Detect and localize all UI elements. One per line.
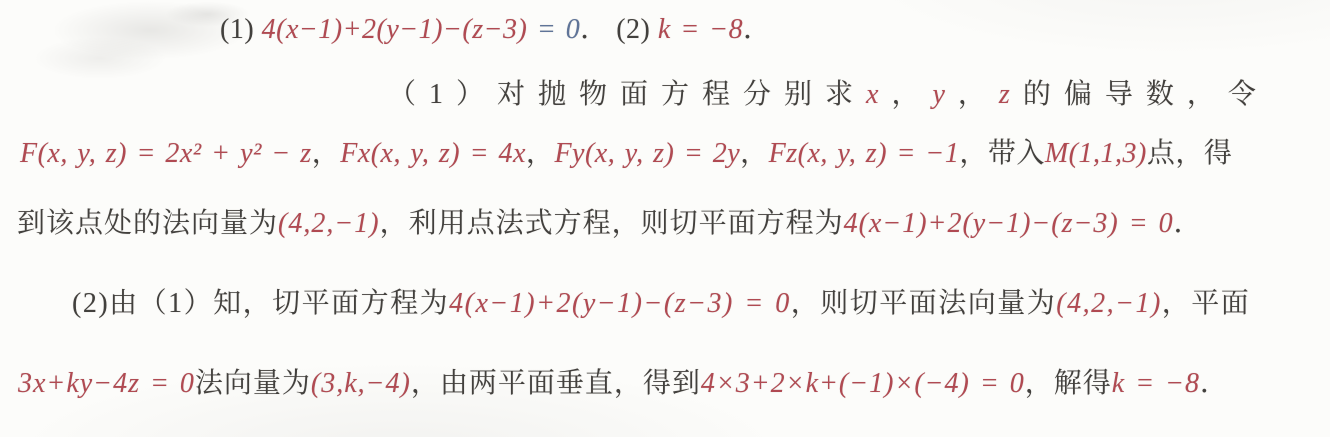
variable-x: x: [866, 79, 891, 110]
tangent-plane-equation: 4(x−1)+2(y−1)−(z−3) = 0: [844, 208, 1174, 239]
second-plane-equation: 3x+ky−4z = 0: [18, 368, 195, 399]
comma-2: ，: [958, 79, 999, 110]
plane-text: ，平面: [1162, 288, 1251, 319]
comma-3: ，: [312, 138, 341, 169]
period-1: ．: [1174, 208, 1203, 239]
period-2: ．: [1200, 368, 1229, 399]
k-solution: k = −8: [1112, 368, 1200, 399]
answer-1-label: (1): [220, 14, 262, 45]
then-normal-vector-text: ，则切平面法向量为: [791, 288, 1057, 319]
tangent-plane-line: 到该点处的法向量为(4,2,−1)，利用点法式方程，则切平面方程为4(x−1)+…: [17, 206, 1203, 242]
dot-product-equation: 4×3+2×k+(−1)×(−4) = 0: [701, 368, 1025, 399]
solve-text: ，解得: [1025, 368, 1112, 399]
comma-1: ，: [891, 79, 932, 110]
answer-1-equals-zero: = 0: [527, 14, 580, 45]
point-normal-form-text: ，利用点法式方程，则切平面方程为: [380, 208, 844, 239]
answers-summary-line: (1) 4(x−1)+2(y−1)−(z−3) = 0． (2) k = −8．: [220, 12, 772, 48]
part-1-intro-text-end: 的偏导数，令: [1023, 79, 1269, 110]
point-text: 点，得: [1147, 138, 1233, 169]
substitute-text: ，带入: [959, 138, 1045, 169]
comma-4: ，: [526, 138, 555, 169]
part1-intro-line: （1）对抛物面方程分别求x，y，z的偏导数，令: [388, 77, 1269, 113]
partial-Fy: Fy(x, y, z) = 2y: [554, 138, 740, 169]
answer-2-equation: k = −8: [658, 14, 743, 45]
answer-2-period: ．: [743, 14, 772, 45]
normal-vector-value-repeat: (4,2,−1): [1056, 288, 1162, 319]
tangent-plane-equation-repeat: 4(x−1)+2(y−1)−(z−3) = 0: [449, 288, 791, 319]
answer-separator: ． (2): [580, 14, 658, 45]
perpendicular-solve-line: 3x+ky−4z = 0法向量为(3,k,−4)，由两平面垂直，得到4×3+2×…: [18, 366, 1229, 402]
normal-vector-text: 到该点处的法向量为: [17, 208, 278, 239]
part-2-intro-text: (2)由（1）知，切平面方程为: [72, 288, 449, 319]
perpendicular-condition-text: ，由两平面垂直，得到: [411, 368, 701, 399]
part2-intro-line: (2)由（1）知，切平面方程为4(x−1)+2(y−1)−(z−3) = 0，则…: [72, 286, 1250, 322]
variable-y: y: [932, 79, 957, 110]
comma-5: ，: [740, 138, 769, 169]
partial-derivatives-line: F(x, y, z) = 2x² + y² − z，Fx(x, y, z) = …: [20, 136, 1232, 172]
scanned-document-page: (1) 4(x−1)+2(y−1)−(z−3) = 0． (2) k = −8．…: [0, 0, 1330, 437]
normal-vector-label: 法向量为: [195, 368, 311, 399]
variable-z: z: [999, 79, 1023, 110]
normal-vector-value: (4,2,−1): [278, 208, 380, 239]
second-plane-normal-vector: (3,k,−4): [311, 368, 411, 399]
function-F-definition: F(x, y, z) = 2x² + y² − z: [20, 138, 312, 169]
partial-Fz: Fz(x, y, z) = −1: [769, 138, 960, 169]
part-1-intro-text: （1）对抛物面方程分别求: [388, 79, 866, 110]
partial-Fx: Fx(x, y, z) = 4x: [340, 138, 526, 169]
answer-1-equation: 4(x−1)+2(y−1)−(z−3): [262, 14, 528, 45]
point-M: M(1,1,3): [1045, 138, 1147, 169]
